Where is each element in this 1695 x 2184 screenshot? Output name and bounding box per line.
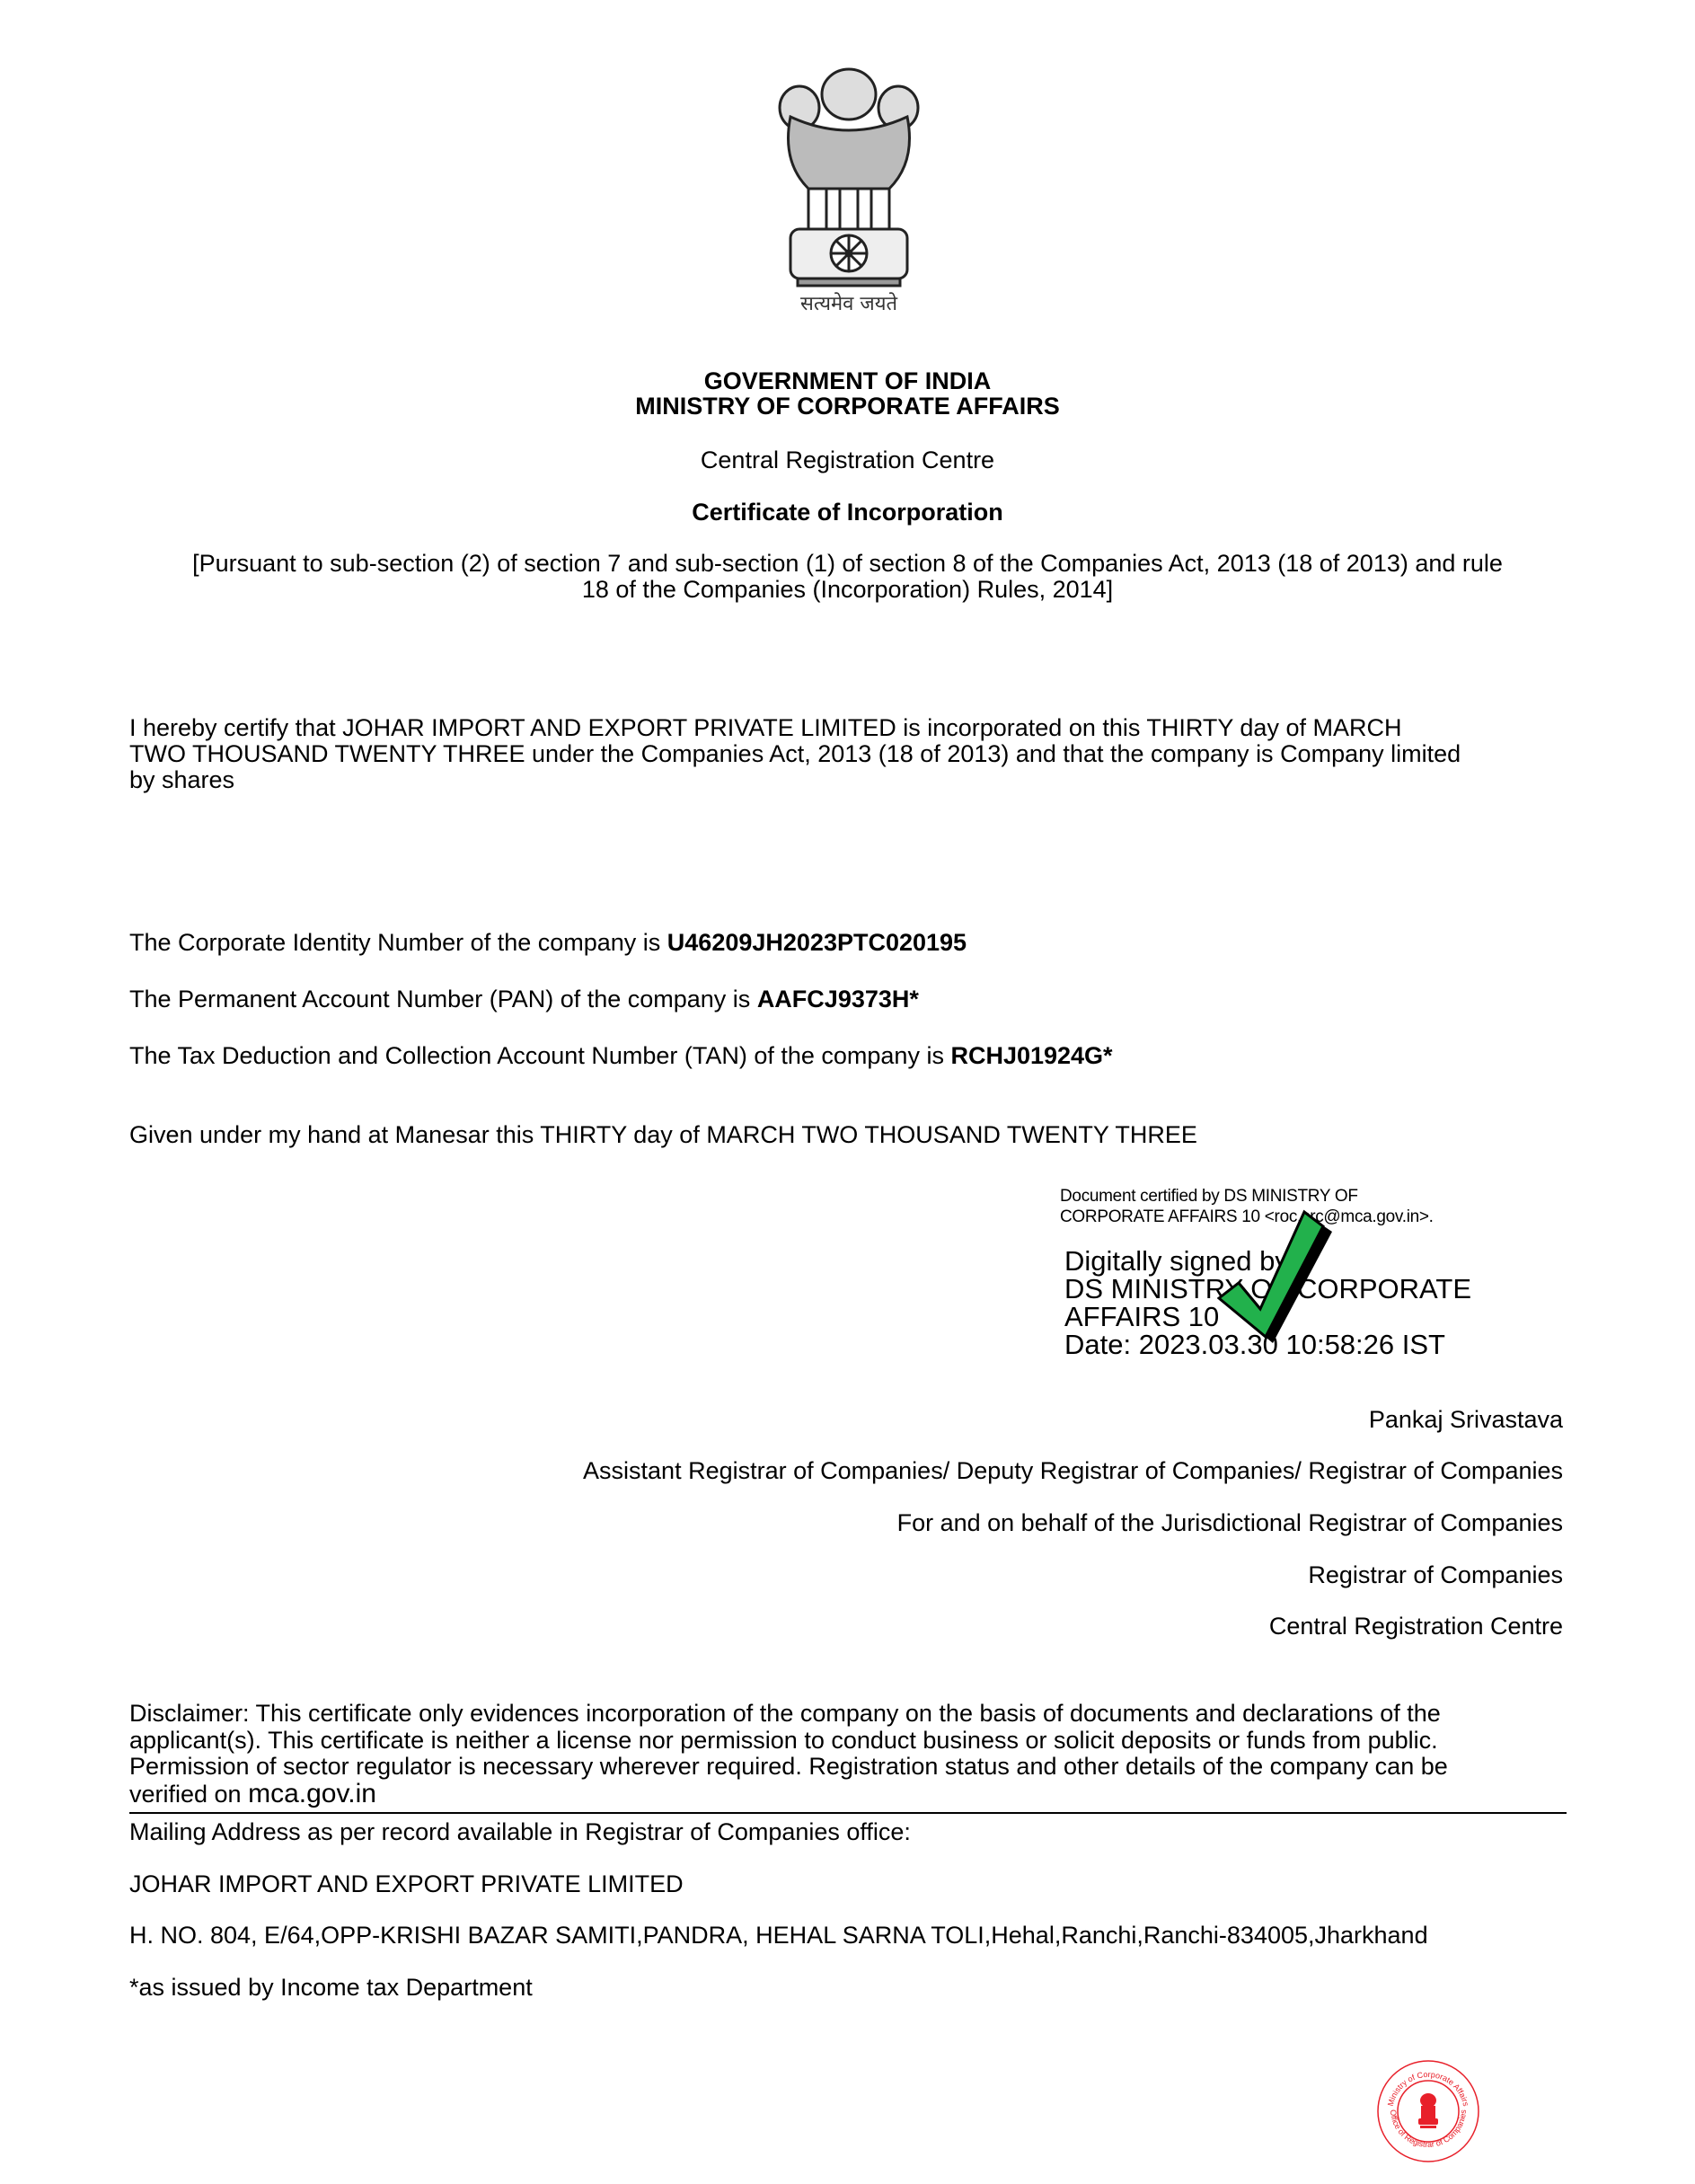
cin-label: The Corporate Identity Number of the com… — [129, 929, 667, 956]
disclaimer-line-2: applicant(s). This certificate is neithe… — [129, 1728, 1448, 1755]
cin-value: U46209JH2023PTC020195 — [667, 929, 967, 956]
pan-row: The Permanent Account Number (PAN) of th… — [129, 986, 919, 1012]
green-checkmark-icon — [1217, 1208, 1334, 1348]
certification-paragraph: I hereby certify that JOHAR IMPORT AND E… — [129, 715, 1461, 793]
pan-value: AAFCJ9373H* — [757, 986, 919, 1012]
pursuant-line-1: [Pursuant to sub-section (2) of section … — [0, 551, 1695, 577]
mailing-address: H. NO. 804, E/64,OPP-KRISHI BAZAR SAMITI… — [129, 1922, 1428, 1949]
mca-link[interactable]: mca.gov.in — [248, 1779, 376, 1808]
disclaimer: Disclaimer: This certificate only eviden… — [129, 1701, 1448, 1808]
divider-line — [129, 1812, 1567, 1814]
on-behalf-line: For and on behalf of the Jurisdictional … — [897, 1509, 1563, 1536]
verified-prefix: verified on — [129, 1781, 248, 1808]
disclaimer-line-3: Permission of sector regulator is necess… — [129, 1754, 1448, 1781]
government-of-india: GOVERNMENT OF INDIA — [0, 368, 1695, 393]
ministry-name: MINISTRY OF CORPORATE AFFAIRS — [0, 393, 1695, 419]
certify-line-3: by shares — [129, 767, 1461, 793]
certified-line-1: Document certified by DS MINISTRY OF — [1060, 1186, 1434, 1207]
signatory-designation: Assistant Registrar of Companies/ Deputy… — [583, 1457, 1563, 1484]
signatory-name: Pankaj Srivastava — [1369, 1406, 1563, 1433]
mailing-company: JOHAR IMPORT AND EXPORT PRIVATE LIMITED — [129, 1870, 684, 1897]
certify-line-1: I hereby certify that JOHAR IMPORT AND E… — [129, 715, 1461, 741]
certify-line-2: TWO THOUSAND TWENTY THREE under the Comp… — [129, 741, 1461, 767]
disclaimer-line-4: verified on mca.gov.in — [129, 1781, 1448, 1808]
mailing-heading: Mailing Address as per record available … — [129, 1818, 911, 1845]
pursuant-line-2: 18 of the Companies (Incorporation) Rule… — [0, 577, 1695, 603]
tan-label: The Tax Deduction and Collection Account… — [129, 1042, 950, 1069]
svg-text:सत्यमेव जयते: सत्यमेव जयते — [800, 292, 897, 314]
pursuant-clause: [Pursuant to sub-section (2) of section … — [0, 551, 1695, 603]
tan-row: The Tax Deduction and Collection Account… — [129, 1042, 1113, 1069]
national-emblem-icon: सत्यमेव जयते — [764, 54, 934, 314]
registrar-line: Registrar of Companies — [1308, 1561, 1563, 1588]
tan-value: RCHJ01924G* — [950, 1042, 1112, 1069]
centre-line: Central Registration Centre — [1269, 1613, 1563, 1640]
given-under-hand: Given under my hand at Manesar this THIR… — [129, 1121, 1197, 1148]
disclaimer-line-1: Disclaimer: This certificate only eviden… — [129, 1701, 1448, 1728]
government-heading: GOVERNMENT OF INDIA MINISTRY OF CORPORAT… — [0, 368, 1695, 419]
certificate-title: Certificate of Incorporation — [0, 499, 1695, 526]
cin-row: The Corporate Identity Number of the com… — [129, 929, 967, 956]
footnote: *as issued by Income tax Department — [129, 1974, 533, 2001]
pan-label: The Permanent Account Number (PAN) of th… — [129, 986, 757, 1012]
roc-seal-icon: Ministry of Corporate Affairs Office of … — [1374, 2057, 1482, 2165]
office-name: Central Registration Centre — [0, 447, 1695, 473]
